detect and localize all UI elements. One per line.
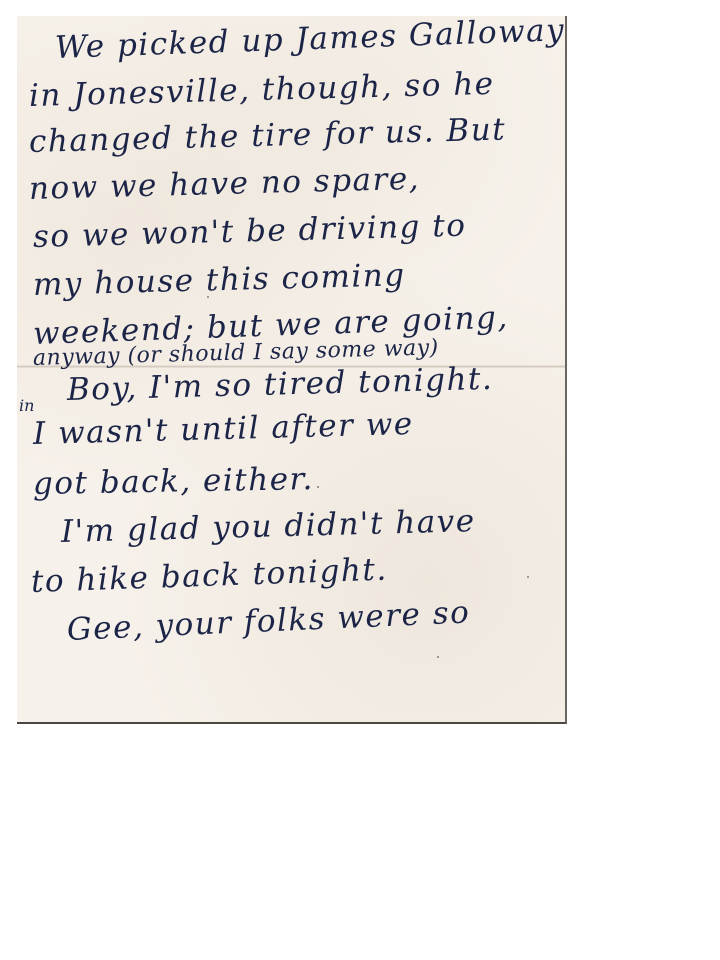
letter-line-1: We picked up James Galloway [54, 12, 565, 66]
paper-speck [317, 486, 319, 488]
paper-speck [527, 576, 529, 578]
margin-mark: in [19, 396, 34, 415]
letter-line-4: now we have no spare, [29, 161, 421, 207]
letter-line-14: Gee, your folks were so [66, 594, 471, 648]
letter-line-13: to hike back tonight. [30, 552, 388, 600]
letter-page: We picked up James Galloway in Jonesvill… [17, 16, 567, 724]
letter-line-6: my house this coming [33, 257, 407, 303]
letter-line-5: so we won't be driving to [33, 208, 467, 255]
letter-line-3: changed the tire for us. But [29, 112, 507, 160]
letter-line-2: in Jonesville, though, so he [29, 66, 495, 114]
letter-line-12: I'm glad you didn't have [61, 503, 476, 550]
paper-speck [437, 656, 439, 658]
letter-line-11: got back, either. [33, 461, 314, 502]
letter-line-10: I wasn't until after we [33, 406, 415, 452]
